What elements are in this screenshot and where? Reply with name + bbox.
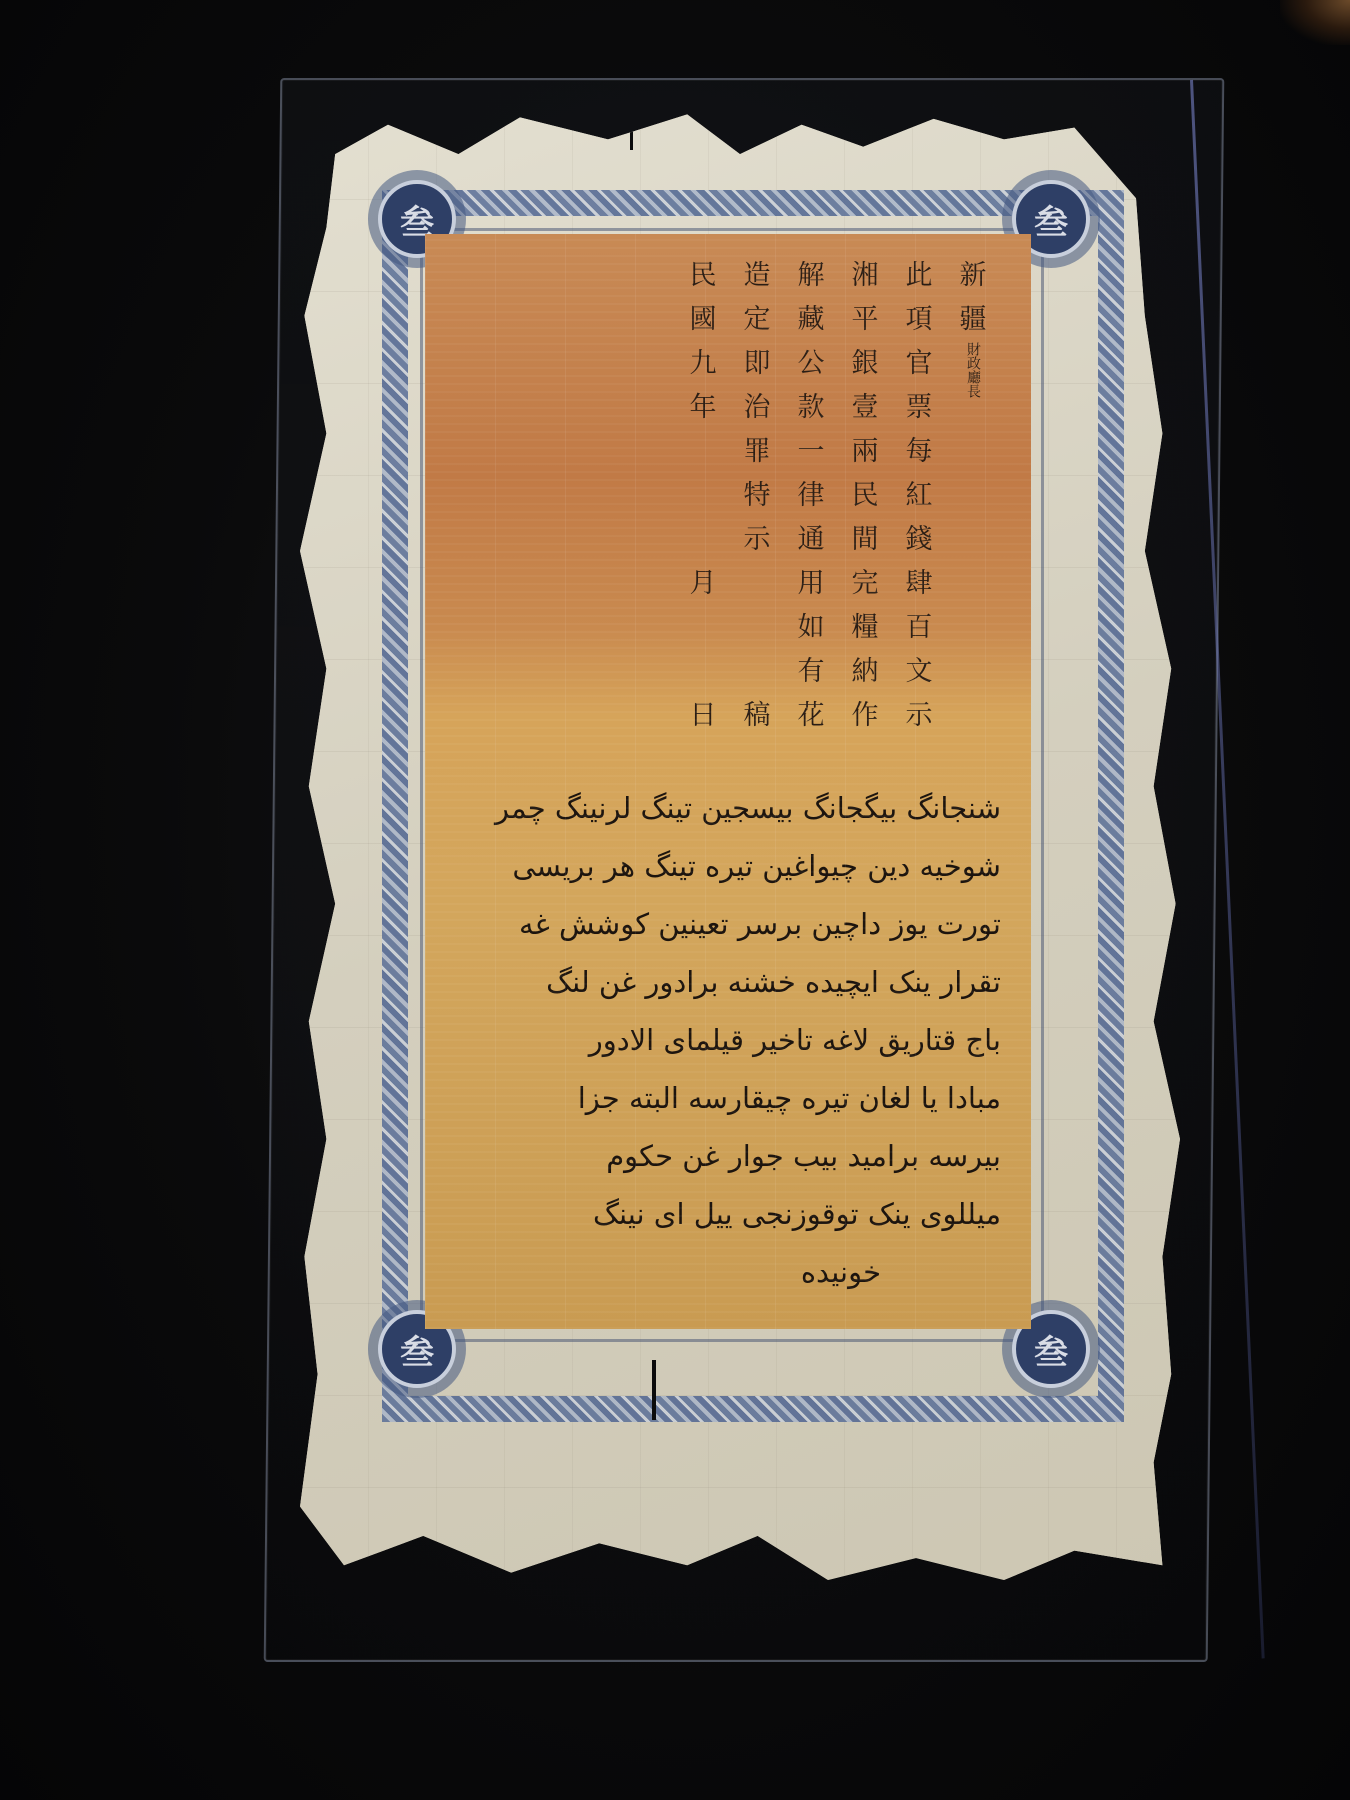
uyghur-line: شنجانگ بیگجانگ بیسجین تینگ لرنینگ چمر [463,779,1001,837]
uyghur-line: شوخیه دین چیواغین تیره تینگ هر بریسی [463,837,1001,895]
uyghur-line: خونیده [463,1243,1001,1301]
uyghur-line: تورت یوز داچین برسر تعینین کوشش غه [463,895,1001,953]
chinese-column-1: 新 疆 財政廳長 [953,254,993,738]
uyghur-line: بیرسه برامید بیب جوار غن حکوم [463,1127,1001,1185]
banknote: 叁 叁 叁 叁 新 疆 財政廳長 此 項 官 票 每 紅 錢 肆 百 文 示 [300,110,1180,1580]
uyghur-line: مبادا یا لغان تیره چیقارسه البته جزا [463,1069,1001,1127]
fabric-corner [1280,0,1350,45]
chinese-column-3: 湘 平 銀 壹 兩 民 間 完 糧 納 作 [845,254,885,738]
paper-tear [652,1360,656,1420]
chinese-column-2: 此 項 官 票 每 紅 錢 肆 百 文 示 [899,254,939,738]
uyghur-text-block: شنجانگ بیگجانگ بیسجین تینگ لرنینگ چمر شو… [463,779,1001,1301]
central-text-panel: 新 疆 財政廳長 此 項 官 票 每 紅 錢 肆 百 文 示 湘 平 銀 [425,234,1031,1329]
chinese-column-4: 解 藏 公 款 一 律 通 用 如 有 花 [791,254,831,738]
uyghur-line: باج قتاریق لاغه تاخیر قیلمای الادور [463,1011,1001,1069]
date-day: 日 [690,694,717,738]
chinese-text-columns: 新 疆 財政廳長 此 項 官 票 每 紅 錢 肆 百 文 示 湘 平 銀 [683,254,993,738]
uyghur-line: میللوی ینک توقوزنجی ییل ای نینگ [463,1185,1001,1243]
date-month: 月 [690,562,717,606]
chinese-column-date: 民 國 九 年 月 日 [683,254,723,738]
uyghur-line: تقرار ینک ایچیده خشنه برادور غن لنگ [463,953,1001,1011]
chinese-column-5: 造 定 即 治 罪 特 示 稿 [737,254,777,738]
